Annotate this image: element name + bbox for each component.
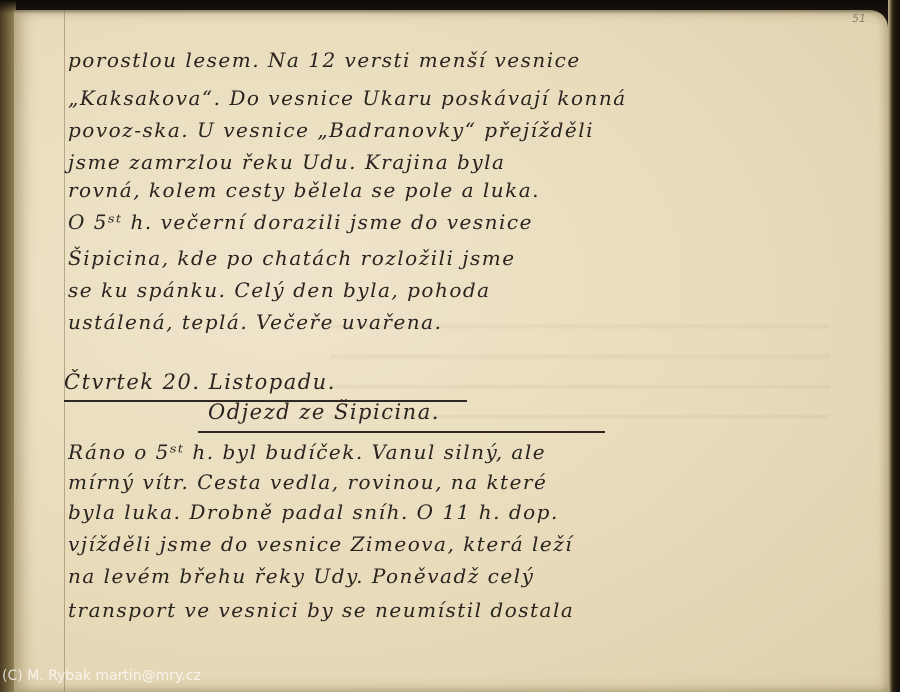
text-line: jsme zamrzlou řeku Udu. Krajina byla bbox=[68, 150, 505, 174]
entry-date-heading: Čtvrtek 20. Listopadu. bbox=[64, 370, 336, 394]
text-line: porostlou lesem. Na 12 versti menší vesn… bbox=[68, 48, 581, 72]
page-top-shadow bbox=[0, 0, 900, 14]
page-number: 51 bbox=[852, 12, 866, 25]
text-line: byla luka. Drobně padal sníh. O 11 h. do… bbox=[68, 500, 559, 524]
page-right-edge bbox=[888, 0, 900, 692]
text-line: se ku spánku. Celý den byla, pohoda bbox=[68, 278, 491, 302]
text-line: transport ve vesnici by se neumístil dos… bbox=[68, 598, 574, 622]
copyright-watermark: (C) M. Rybak martin@mry.cz bbox=[2, 668, 201, 684]
margin-line bbox=[64, 10, 65, 692]
text-line: mírný vítr. Cesta vedla, rovinou, na kte… bbox=[68, 470, 547, 494]
text-line: Šipicina, kde po chatách rozložili jsme bbox=[68, 246, 516, 270]
text-line: „Kaksakova“. Do vesnice Ukaru poskávají … bbox=[68, 86, 627, 110]
text-line: Ráno o 5ˢᵗ h. byl budíček. Vanul silný, … bbox=[68, 440, 546, 464]
text-line: povoz-ska. U vesnice „Badranovky“ přejíž… bbox=[68, 118, 594, 142]
text-line: ustálená, teplá. Večeře uvařena. bbox=[68, 310, 442, 334]
text-line: na levém břehu řeky Udy. Poněvadž celý bbox=[68, 564, 534, 588]
text-line: rovná, kolem cesty bělela se pole a luka… bbox=[68, 178, 540, 202]
text-line: O 5ˢᵗ h. večerní dorazili jsme do vesnic… bbox=[68, 210, 533, 234]
subheading-underline bbox=[198, 431, 605, 433]
entry-subheading: Odjezd ze Šipicina. bbox=[208, 400, 440, 424]
text-line: vjížděli jsme do vesnice Zimeova, která … bbox=[68, 532, 573, 556]
